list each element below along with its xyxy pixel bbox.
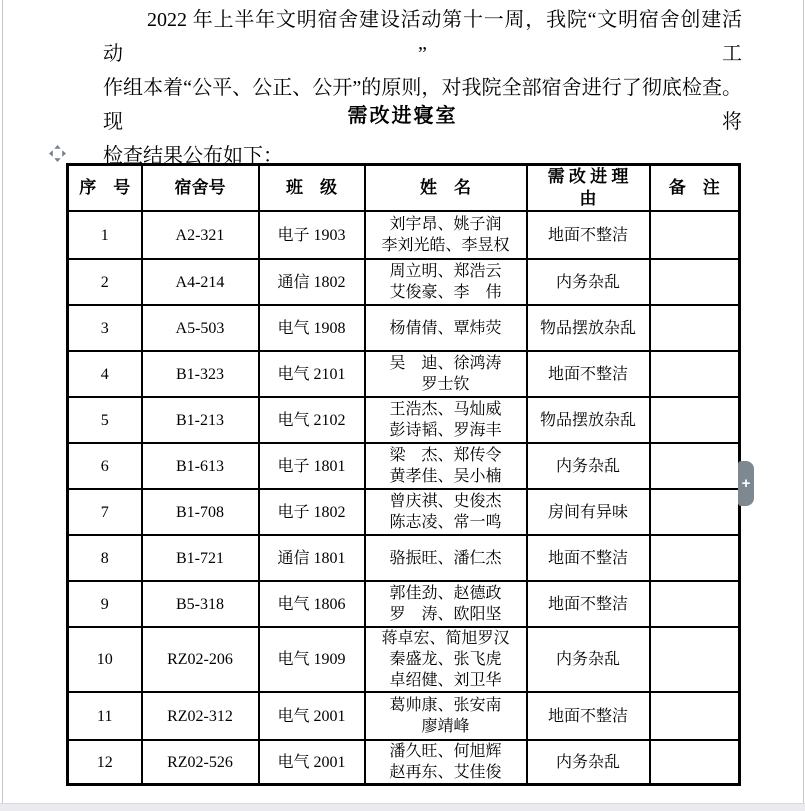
table-row: 6 B1-613 电子 1801 梁 杰、郑传令 黄孝佳、吴小楠 内务杂乱 <box>68 443 740 489</box>
table-row: 9 B5-318 电气 1806 郭佳劲、赵德政 罗 涛、欧阳坚 地面不整洁 <box>68 581 740 627</box>
col-header-reason[interactable]: 需 改 进 理 由 <box>527 165 650 212</box>
cell-remark[interactable] <box>650 535 740 581</box>
cell-class[interactable]: 电气 2102 <box>259 397 365 443</box>
cell-reason[interactable]: 内务杂乱 <box>527 443 650 489</box>
add-button[interactable]: + <box>738 461 754 506</box>
cell-reason[interactable]: 物品摆放杂乱 <box>527 397 650 443</box>
intro-line: 2022 年上半年文明宿舍建设活动第十一周，我院“文明宿舍创建活动”工 <box>103 3 742 71</box>
cell-dorm[interactable]: B1-708 <box>142 489 259 535</box>
cell-reason[interactable]: 地面不整洁 <box>527 535 650 581</box>
cell-class[interactable]: 电气 1909 <box>259 627 365 692</box>
cell-dorm[interactable]: A4-214 <box>142 259 259 305</box>
table-body: 1 A2-321 电子 1903 刘宇昂、姚子润 李刘光皓、李昱权 地面不整洁 … <box>68 211 740 785</box>
cell-class[interactable]: 电气 1806 <box>259 581 365 627</box>
table-row: 5 B1-213 电气 2102 王浩杰、马灿威 彭诗韬、罗海丰 物品摆放杂乱 <box>68 397 740 443</box>
col-header-dorm[interactable]: 宿舍号 <box>142 165 259 212</box>
cell-remark[interactable] <box>650 259 740 305</box>
plus-icon: + <box>742 475 751 492</box>
cell-reason[interactable]: 房间有异味 <box>527 489 650 535</box>
cell-names[interactable]: 王浩杰、马灿威 彭诗韬、罗海丰 <box>365 397 527 443</box>
cell-remark[interactable] <box>650 443 740 489</box>
header-row: 序 号 宿舍号 班 级 姓 名 需 改 进 理 由 备 注 <box>68 165 740 212</box>
table-row: 3 A5-503 电气 1908 杨倩倩、覃炜荧 物品摆放杂乱 <box>68 305 740 351</box>
cell-no[interactable]: 8 <box>68 535 142 581</box>
cell-reason[interactable]: 地面不整洁 <box>527 581 650 627</box>
cell-no[interactable]: 12 <box>68 740 142 785</box>
cell-class[interactable]: 通信 1802 <box>259 259 365 305</box>
cell-class[interactable]: 电气 2001 <box>259 740 365 785</box>
cell-reason[interactable]: 内务杂乱 <box>527 627 650 692</box>
table-row: 8 B1-721 通信 1801 骆振旺、潘仁杰 地面不整洁 <box>68 535 740 581</box>
cell-names[interactable]: 蒋卓宏、简旭罗汉 秦盛龙、张飞虎 卓绍健、刘卫华 <box>365 627 527 692</box>
intro-paragraph: 2022 年上半年文明宿舍建设活动第十一周，我院“文明宿舍创建活动”工 作组本着… <box>103 3 742 173</box>
cell-remark[interactable] <box>650 211 740 259</box>
col-header-remark[interactable]: 备 注 <box>650 165 740 212</box>
table-row: 4 B1-323 电气 2101 吴 迪、徐鸿涛 罗士钦 地面不整洁 <box>68 351 740 397</box>
cell-no[interactable]: 4 <box>68 351 142 397</box>
cell-names[interactable]: 吴 迪、徐鸿涛 罗士钦 <box>365 351 527 397</box>
cell-no[interactable]: 2 <box>68 259 142 305</box>
cell-reason[interactable]: 内务杂乱 <box>527 259 650 305</box>
cell-no[interactable]: 11 <box>68 692 142 740</box>
cell-remark[interactable] <box>650 740 740 785</box>
cell-remark[interactable] <box>650 627 740 692</box>
cell-no[interactable]: 6 <box>68 443 142 489</box>
table-row: 12 RZ02-526 电气 2001 潘久旺、何旭辉 赵再东、艾佳俊 内务杂乱 <box>68 740 740 785</box>
cell-reason[interactable]: 物品摆放杂乱 <box>527 305 650 351</box>
cell-names[interactable]: 曾庆祺、史俊杰 陈志凌、常一鸣 <box>365 489 527 535</box>
col-header-class[interactable]: 班 级 <box>259 165 365 212</box>
horizontal-scrollbar[interactable] <box>0 803 805 811</box>
cell-reason[interactable]: 内务杂乱 <box>527 740 650 785</box>
cell-no[interactable]: 5 <box>68 397 142 443</box>
cell-no[interactable]: 7 <box>68 489 142 535</box>
col-header-no[interactable]: 序 号 <box>68 165 142 212</box>
cell-dorm[interactable]: B1-323 <box>142 351 259 397</box>
cell-names[interactable]: 葛帅康、张安南 廖靖峰 <box>365 692 527 740</box>
cell-names[interactable]: 梁 杰、郑传令 黄孝佳、吴小楠 <box>365 443 527 489</box>
table-move-handle-icon[interactable] <box>49 145 66 162</box>
cell-reason[interactable]: 地面不整洁 <box>527 692 650 740</box>
cell-dorm[interactable]: B1-213 <box>142 397 259 443</box>
cell-class[interactable]: 电子 1802 <box>259 489 365 535</box>
cell-dorm[interactable]: A5-503 <box>142 305 259 351</box>
cell-reason[interactable]: 地面不整洁 <box>527 351 650 397</box>
cell-class[interactable]: 电子 1801 <box>259 443 365 489</box>
cell-names[interactable]: 潘久旺、何旭辉 赵再东、艾佳俊 <box>365 740 527 785</box>
col-header-names[interactable]: 姓 名 <box>365 165 527 212</box>
table-header: 序 号 宿舍号 班 级 姓 名 需 改 进 理 由 备 注 <box>68 165 740 212</box>
cell-no[interactable]: 9 <box>68 581 142 627</box>
cell-reason[interactable]: 地面不整洁 <box>527 211 650 259</box>
cell-no[interactable]: 1 <box>68 211 142 259</box>
cell-remark[interactable] <box>650 351 740 397</box>
cell-dorm[interactable]: B5-318 <box>142 581 259 627</box>
cell-names[interactable]: 骆振旺、潘仁杰 <box>365 535 527 581</box>
cell-no[interactable]: 3 <box>68 305 142 351</box>
cell-names[interactable]: 刘宇昂、姚子润 李刘光皓、李昱权 <box>365 211 527 259</box>
cell-class[interactable]: 电气 2001 <box>259 692 365 740</box>
four-way-move-icon <box>49 145 66 162</box>
cell-remark[interactable] <box>650 692 740 740</box>
cell-names[interactable]: 杨倩倩、覃炜荧 <box>365 305 527 351</box>
cell-class[interactable]: 电气 2101 <box>259 351 365 397</box>
cell-dorm[interactable]: B1-721 <box>142 535 259 581</box>
cell-dorm[interactable]: RZ02-206 <box>142 627 259 692</box>
cell-names[interactable]: 周立明、郑浩云 艾俊豪、李 伟 <box>365 259 527 305</box>
cell-class[interactable]: 通信 1801 <box>259 535 365 581</box>
cell-dorm[interactable]: RZ02-526 <box>142 740 259 785</box>
table-row: 1 A2-321 电子 1903 刘宇昂、姚子润 李刘光皓、李昱权 地面不整洁 <box>68 211 740 259</box>
cell-class[interactable]: 电气 1908 <box>259 305 365 351</box>
table-row: 10 RZ02-206 电气 1909 蒋卓宏、简旭罗汉 秦盛龙、张飞虎 卓绍健… <box>68 627 740 692</box>
cell-remark[interactable] <box>650 489 740 535</box>
cell-dorm[interactable]: RZ02-312 <box>142 692 259 740</box>
cell-dorm[interactable]: B1-613 <box>142 443 259 489</box>
table-row: 7 B1-708 电子 1802 曾庆祺、史俊杰 陈志凌、常一鸣 房间有异味 <box>68 489 740 535</box>
cell-remark[interactable] <box>650 581 740 627</box>
cell-names[interactable]: 郭佳劲、赵德政 罗 涛、欧阳坚 <box>365 581 527 627</box>
inspection-table: 序 号 宿舍号 班 级 姓 名 需 改 进 理 由 备 注 1 A2-321 电… <box>66 163 741 786</box>
cell-class[interactable]: 电子 1903 <box>259 211 365 259</box>
table-row: 2 A4-214 通信 1802 周立明、郑浩云 艾俊豪、李 伟 内务杂乱 <box>68 259 740 305</box>
cell-dorm[interactable]: A2-321 <box>142 211 259 259</box>
section-title: 需改进寝室 <box>0 99 805 128</box>
table-row: 11 RZ02-312 电气 2001 葛帅康、张安南 廖靖峰 地面不整洁 <box>68 692 740 740</box>
cell-remark[interactable] <box>650 305 740 351</box>
cell-no[interactable]: 10 <box>68 627 142 692</box>
cell-remark[interactable] <box>650 397 740 443</box>
